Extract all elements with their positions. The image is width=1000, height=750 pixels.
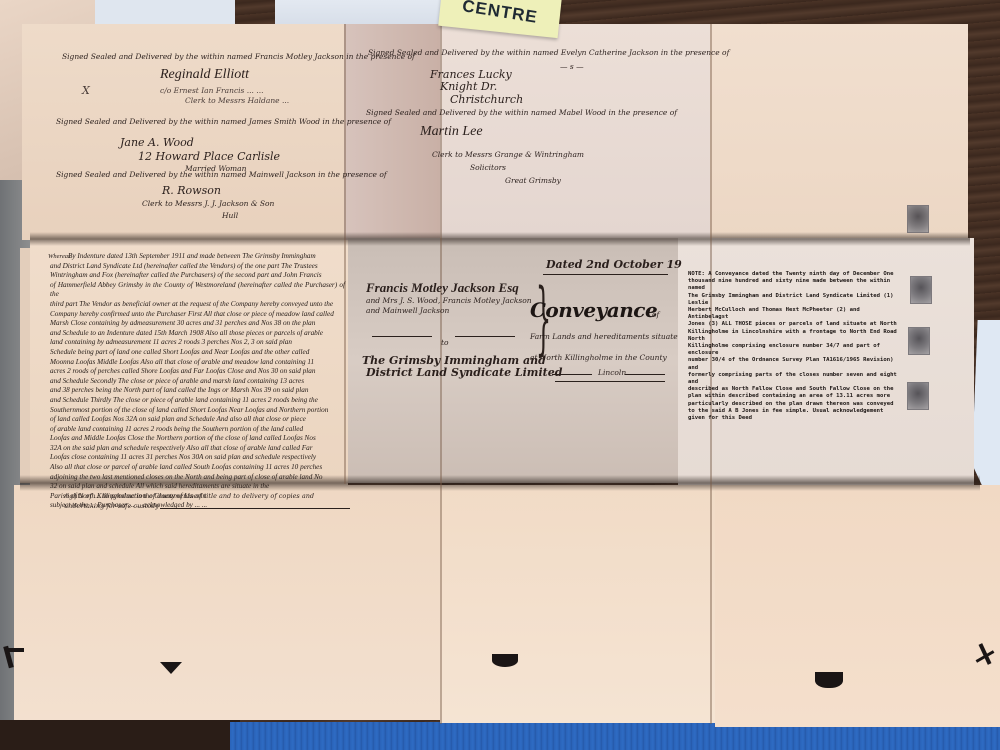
- cover-desc-line3: Lincoln: [598, 368, 626, 377]
- deed-line: Wintringham and Fox (hereinafter called …: [50, 271, 345, 281]
- cover-party1-line3: and Mainwell Jackson: [366, 306, 449, 315]
- cover-of-label: of: [652, 310, 659, 319]
- revenue-stamp-4: [907, 382, 929, 410]
- typed-line: formerly comprising parts of the closes …: [688, 372, 898, 386]
- typed-line: described as North Fallow Close and Sout…: [688, 386, 898, 393]
- attestation-4-line3: Christchurch: [450, 93, 523, 106]
- panel-bottom-left: [14, 485, 440, 720]
- cover-rule-left: [372, 336, 432, 337]
- cover-desc-rule-right: [625, 374, 665, 375]
- deed-line: and Schedule Secondly The close or piece…: [50, 377, 345, 387]
- fold-crease-upper: [30, 232, 970, 246]
- attestation-1-mark: X: [82, 84, 90, 97]
- deed-line: 32 on said plan and schedule All which s…: [50, 482, 345, 492]
- attestation-1-details-2: Clerk to Messrs Haldane ...: [185, 96, 289, 105]
- cover-desc-rule-left: [552, 374, 592, 375]
- cover-party1-line2: and Mrs J. S. Wood, Francis Motley Jacks…: [366, 296, 532, 305]
- cover-document-title: Conveyance: [530, 298, 657, 322]
- attestation-1-details-1: c/o Ernest Ian Francis ... ...: [160, 86, 263, 95]
- typed-line: to the said A B Jones in fee simple. Usu…: [688, 408, 898, 415]
- revenue-stamp-3: [908, 327, 930, 355]
- dark-floor: [0, 720, 240, 750]
- typed-endorsement: NOTE: A Conveyance dated the Twenty nint…: [688, 271, 898, 422]
- cover-desc-line1: Farm Lands and hereditaments situate: [530, 332, 678, 341]
- attestation-5-occupation: Solicitors: [470, 163, 506, 172]
- deed-recital-text: By Indenture dated 13th September 1911 a…: [50, 252, 345, 511]
- deed-line-final-1: rights of ... to production of documents…: [64, 492, 314, 500]
- typed-line: The Grimsby Immingham and District Land …: [688, 293, 898, 307]
- ink-mark-left-bar: [6, 648, 24, 652]
- attestation-5-place: Great Grimsby: [505, 176, 561, 185]
- cover-bottom-rule: [555, 381, 665, 382]
- attestation-5-details: Clerk to Messrs Grange & Wintringham: [432, 150, 584, 159]
- deed-line: Southernmost portion of the close of lan…: [50, 406, 345, 416]
- panel-bottom-middle: [440, 485, 715, 723]
- revenue-stamp-2: [910, 276, 932, 304]
- deed-line: of arable land containing 11 acres 2 roo…: [50, 425, 345, 435]
- deed-line: Company hereby confirmed unto the Purcha…: [50, 310, 345, 320]
- deed-line: adjoining the two last mentioned closes …: [50, 473, 345, 483]
- attestation-3-signature: R. Rowson: [162, 184, 221, 197]
- deed-line: of land called Loofas Nos 32A on said pl…: [50, 415, 345, 425]
- typed-line: given for this Deed: [688, 415, 898, 422]
- typed-line: NOTE: A Conveyance dated the Twenty nint…: [688, 271, 898, 278]
- deed-line: acres 2 roods of perches called Shore Lo…: [50, 367, 345, 377]
- ink-mark-bowl-1: [492, 654, 518, 667]
- panel-bottom-right: [715, 485, 1000, 727]
- deed-line: and District Land Syndicate Ltd (hereina…: [50, 262, 345, 272]
- typed-line: Jones (3) ALL THOSE pieces or parcels of…: [688, 321, 898, 328]
- typed-line: particularly described on the plan drawn…: [688, 401, 898, 408]
- ink-mark-bowl-2: [815, 672, 843, 688]
- typed-line: thousand nine hundred and sixty nine mad…: [688, 278, 898, 292]
- attestation-2-signature: Jane A. Wood: [120, 136, 194, 149]
- attestation-4-dash: — s —: [560, 62, 584, 71]
- deed-line: 32A on the said plan and schedule respec…: [50, 444, 345, 454]
- deed-line: Loofas and Middle Loofas Close the North…: [50, 434, 345, 444]
- cover-party1-name: Francis Motley Jackson Esq: [366, 280, 519, 296]
- deed-line: By Indenture dated 13th September 1911 a…: [50, 252, 345, 262]
- deed-line: third part The Vendor as beneficial owne…: [50, 300, 345, 310]
- deed-line-final-2: undertaking for safe custody: [64, 502, 159, 510]
- typed-line: number 30/4 of the Ordnance Survey Plan …: [688, 357, 898, 371]
- deed-line: and Schedule to an Indenture dated 15th …: [50, 329, 345, 339]
- attestation-5-signature: Martin Lee: [420, 124, 483, 140]
- cover-desc-line2: at North Killingholme in the County: [530, 353, 667, 362]
- attestation-3-details: Clerk to Messrs J. J. Jackson & Son: [142, 199, 274, 208]
- cover-dated-rule: [543, 274, 668, 275]
- deed-line: and Schedule Thirdly The close or piece …: [50, 396, 345, 406]
- cover-dated: Dated 2nd October 19: [546, 258, 682, 271]
- attestation-2-clause: Signed Sealed and Delivered by the withi…: [56, 117, 391, 126]
- deed-line: and 38 perches being the North part of l…: [50, 386, 345, 396]
- attestation-3-place: Hull: [222, 211, 238, 220]
- deed-line: of Hammerfield Abbey Grimsby in the Coun…: [50, 281, 345, 300]
- typed-line: Herbert McCulloch and Thomas Hext McPhee…: [688, 307, 898, 321]
- cover-to-label: to: [441, 338, 449, 347]
- deed-line: land containing by admeasurement 11 acre…: [50, 338, 345, 348]
- attestation-2-address: 12 Howard Place Carlisle: [138, 150, 280, 163]
- deed-line: Schedule being part of land one called S…: [50, 348, 345, 358]
- deed-closing-rule: [160, 508, 350, 509]
- typed-line: plan within described containing an area…: [688, 393, 898, 400]
- attestation-1-signature: Reginald Elliott: [160, 67, 249, 83]
- attestation-3-clause: Signed Sealed and Delivered by the withi…: [56, 170, 387, 179]
- attestation-4-line2: Knight Dr.: [440, 80, 497, 93]
- cover-party2-line2: District Land Syndicate Limited: [366, 366, 562, 379]
- attestation-1-clause: Signed Sealed and Delivered by the withi…: [62, 52, 415, 61]
- deed-line: Moonna Loofas Middle Loofas Also all tha…: [50, 358, 345, 368]
- typed-line: Killingholme comprising enclosure number…: [688, 343, 898, 357]
- cover-rule-right: [455, 336, 515, 337]
- revenue-stamp-1: [907, 205, 929, 233]
- deed-line: Loofas close containing 11 acres 31 perc…: [50, 453, 345, 463]
- attestation-5-clause: Signed Sealed and Delivered by the withi…: [366, 108, 677, 117]
- deed-line: Marsh Close containing by admeasurement …: [50, 319, 345, 329]
- typed-line: Killingholme in Lincolnshire with a fron…: [688, 329, 898, 343]
- deed-line: Also all that close or parcel of arable …: [50, 463, 345, 473]
- sticky-note-label: CENTRE: [461, 0, 539, 28]
- panel-top-right: [710, 24, 968, 240]
- attestation-4-clause: Signed Sealed and Delivered by the withi…: [368, 48, 729, 57]
